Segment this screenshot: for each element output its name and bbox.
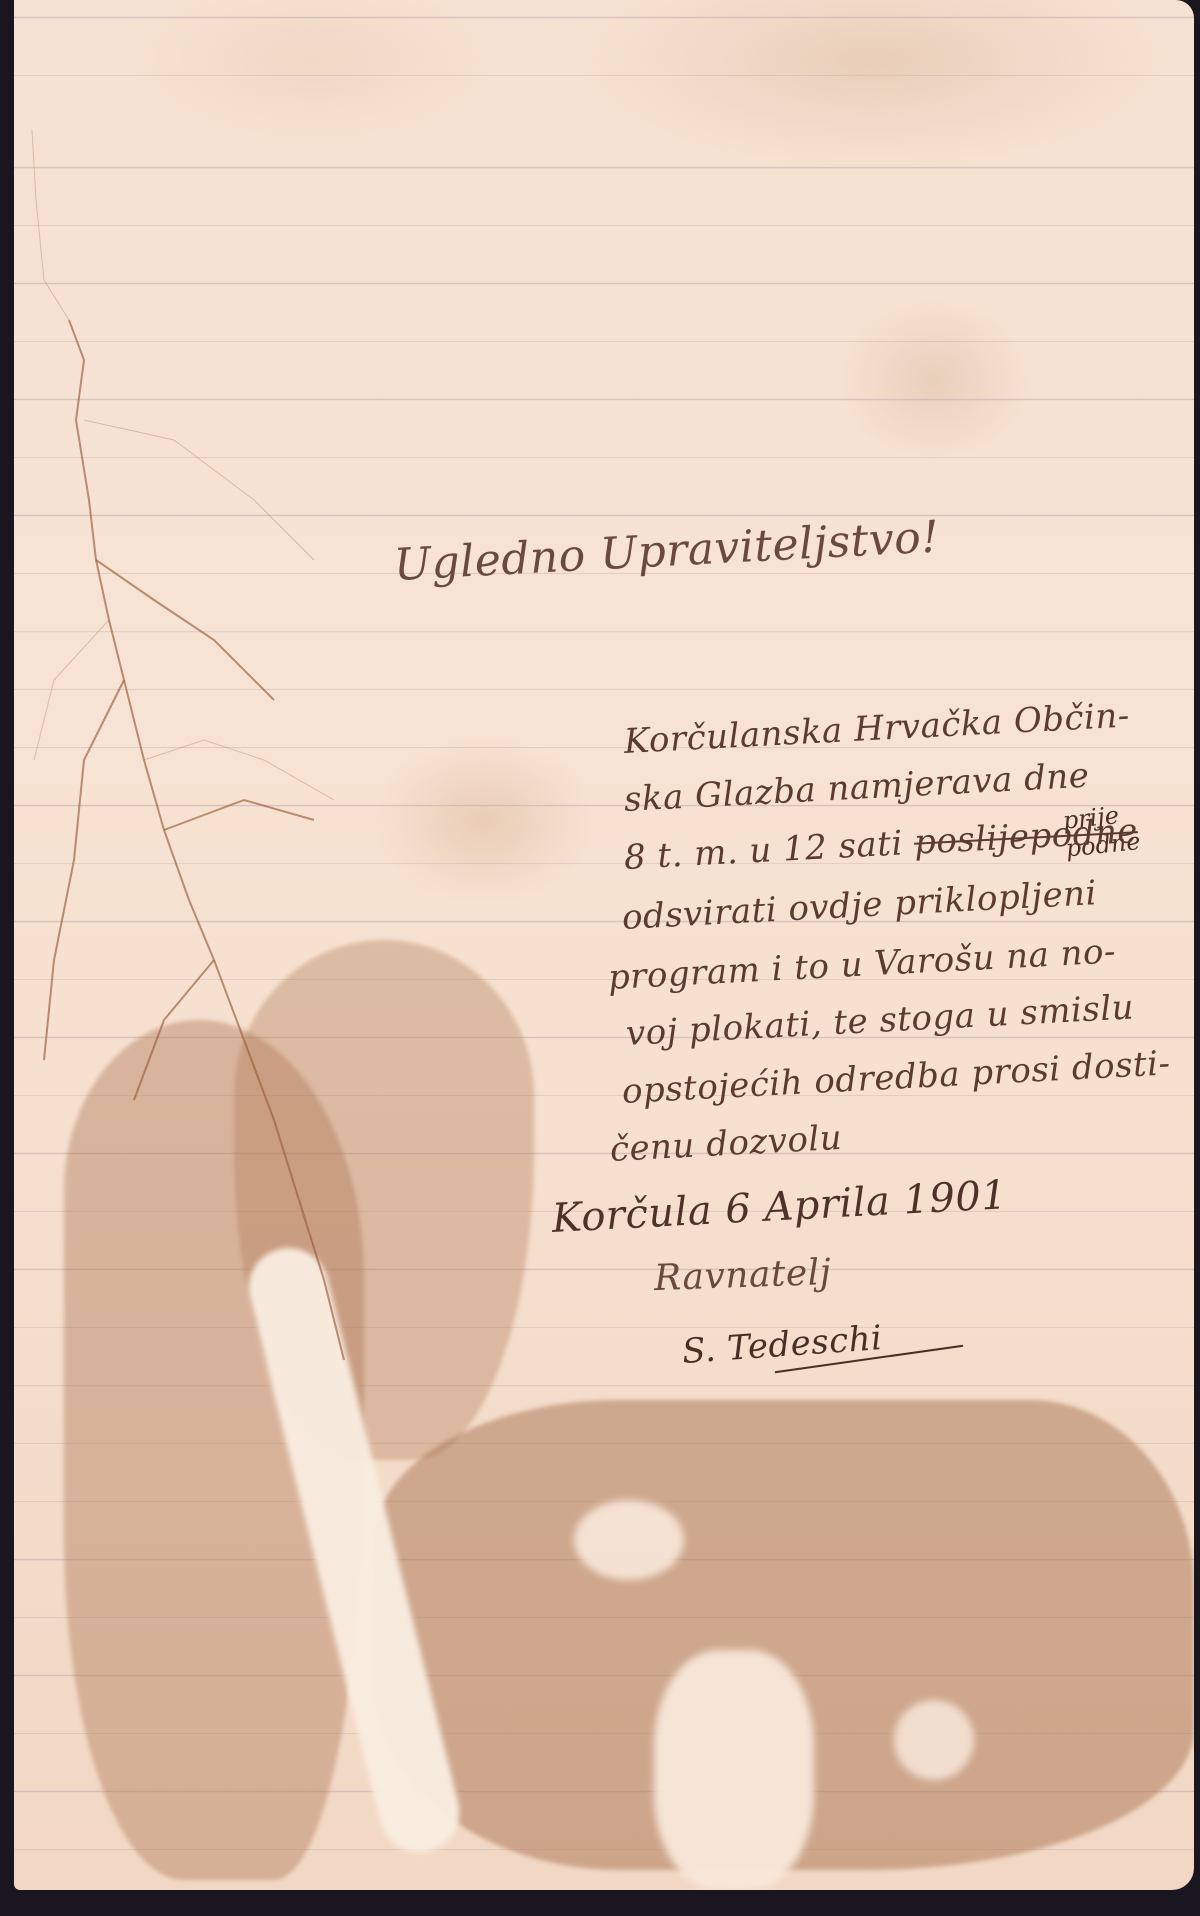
bleached-spot [894,1700,974,1780]
scanned-document: Ugledno Upraviteljstvo! Korčulanska Hrva… [0,0,1200,1916]
closing-title: Ravnatelj [653,1252,832,1299]
bleached-spot [654,1650,814,1890]
bleached-spot [574,1500,684,1580]
paper-sheet: Ugledno Upraviteljstvo! Korčulanska Hrva… [14,0,1194,1890]
